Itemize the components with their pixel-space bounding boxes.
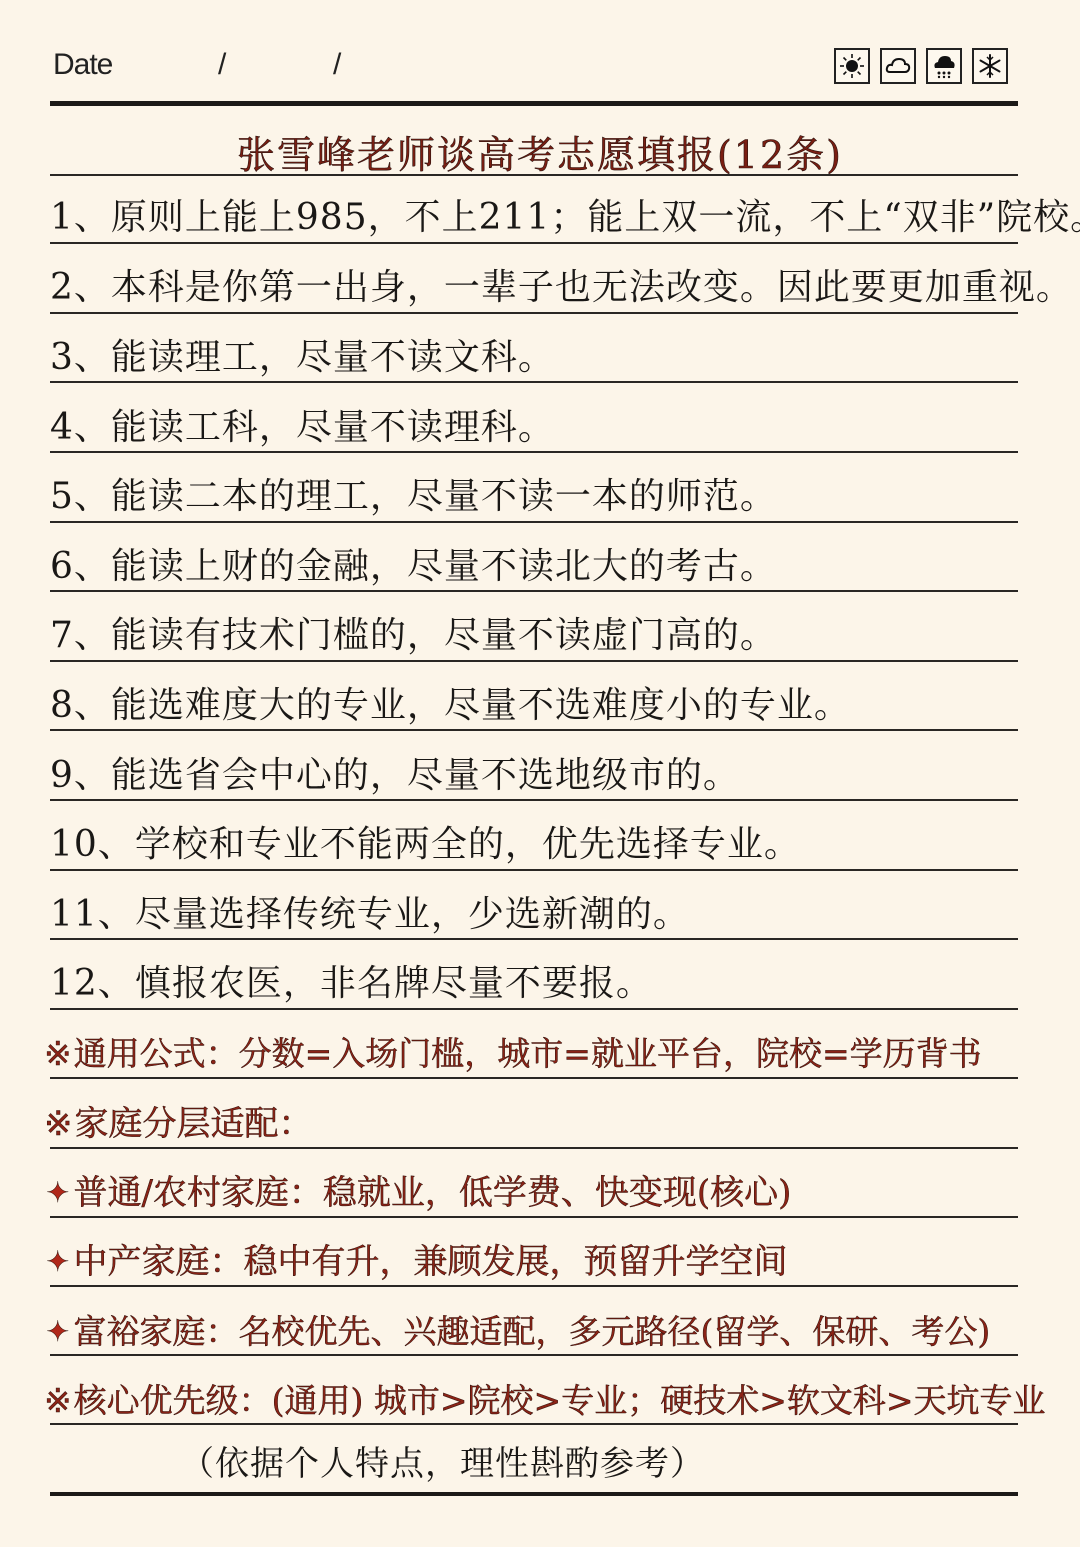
footnote: （依据个人特点，理性斟酌参考） [180, 1442, 705, 1486]
rule-item-7: 7、能读有技术门槛的，尽量不读虚门高的。 [50, 614, 1040, 658]
rain-icon[interactable] [926, 48, 962, 84]
rule-number: 10、 [50, 824, 135, 865]
star-bullet-icon: ✦ [46, 1310, 69, 1354]
rule-item-11: 11、尽量选择传统专业，少选新潮的。 [50, 893, 1040, 937]
rule-number: 7、 [50, 615, 111, 656]
ruled-line [50, 938, 1018, 940]
rule-text: 慎报农医，非名牌尽量不要报。 [135, 963, 653, 1004]
weather-icons [834, 48, 1008, 84]
rule-item-5: 5、能读二本的理工，尽量不读一本的师范。 [50, 475, 1040, 519]
reference-mark-icon: ※ [44, 1032, 72, 1076]
family-type-text: 中产家庭：稳中有升，兼顾发展，预留升学空间 [73, 1242, 787, 1282]
date-label: Date [53, 48, 112, 82]
rule-item-3: 3、能读理工，尽量不读文科。 [50, 336, 1040, 380]
ruled-line [50, 660, 1018, 662]
rule-text: 能读有技术门槛的，尽量不读虚门高的。 [111, 615, 777, 656]
rule-text: 能读工科，尽量不读理科。 [111, 407, 555, 448]
ruled-line [50, 1423, 1018, 1425]
family-type-text: 普通/农村家庭：稳就业，低学费、快变现(核心) [73, 1173, 791, 1213]
rule-number: 1、 [50, 197, 111, 238]
ruled-line [50, 1147, 1018, 1149]
rule-number: 4、 [50, 407, 111, 448]
title-rule [50, 174, 1018, 176]
rule-item-8: 8、能选难度大的专业，尽量不选难度小的专业。 [50, 684, 1040, 728]
rule-text: 学校和专业不能两全的，优先选择专业。 [135, 824, 801, 865]
ruled-line [50, 451, 1018, 453]
ruled-line [50, 590, 1018, 592]
rule-number: 11、 [50, 894, 135, 935]
family-type-text: 富裕家庭：名校优先、兴趣适配，多元路径(留学、保研、考公) [73, 1312, 990, 1351]
rule-text: 能读二本的理工，尽量不读一本的师范。 [111, 476, 777, 517]
rule-number: 8、 [50, 685, 111, 726]
rule-item-12: 12、慎报农医，非名牌尽量不要报。 [50, 962, 1040, 1006]
ruled-line [50, 1354, 1018, 1356]
bottom-rule [50, 1492, 1018, 1496]
family-heading: ※家庭分层适配： [44, 1102, 1034, 1146]
cloud-icon[interactable] [880, 48, 916, 84]
rule-text: 能读理工，尽量不读文科。 [111, 337, 555, 378]
rule-number: 6、 [50, 546, 111, 587]
page-title: 张雪峰老师谈高考志愿填报(12条) [0, 124, 1080, 179]
rule-text: 能选省会中心的，尽量不选地级市的。 [111, 755, 740, 796]
star-bullet-icon: ✦ [46, 1240, 69, 1284]
formula-text: 通用公式：分数=入场门槛，城市=就业平台，院校=学历背书 [74, 1034, 982, 1073]
ruled-line [50, 869, 1018, 871]
ruled-line [50, 799, 1018, 801]
rule-text: 能选难度大的专业，尽量不选难度小的专业。 [111, 685, 851, 726]
rule-text: 本科是你第一出身，一辈子也无法改变。因此要更加重视。 [111, 267, 1073, 308]
family-heading-text: 家庭分层适配： [75, 1104, 313, 1144]
rule-number: 2、 [50, 267, 111, 308]
rule-item-1: 1、原则上能上985，不上211；能上双一流，不上“双非”院校。 [50, 196, 1040, 240]
star-bullet-icon: ✦ [46, 1171, 69, 1215]
family-type-middle: ✦中产家庭：稳中有升，兼顾发展，预留升学空间 [46, 1240, 1036, 1284]
sun-icon[interactable] [834, 48, 870, 84]
rule-text: 原则上能上985，不上211；能上双一流，不上“双非”院校。 [111, 197, 1080, 238]
rule-number: 3、 [50, 337, 111, 378]
ruled-line [50, 242, 1018, 244]
rule-item-9: 9、能选省会中心的，尽量不选地级市的。 [50, 754, 1040, 798]
rule-text: 能读上财的金融，尽量不读北大的考古。 [111, 546, 777, 587]
ruled-line [50, 1008, 1018, 1010]
reference-mark-icon: ※ [44, 1102, 73, 1146]
rule-number: 5、 [50, 476, 111, 517]
rule-number: 12、 [50, 963, 135, 1004]
ruled-line [50, 521, 1018, 523]
header-divider [50, 101, 1018, 106]
rule-text: 尽量选择传统专业，少选新潮的。 [135, 894, 690, 935]
formula-note: ※通用公式：分数=入场门槛，城市=就业平台，院校=学历背书 [44, 1032, 1034, 1076]
priority-note: ※核心优先级：(通用) 城市>院校>专业；硬技术>软文科>天坑专业 [44, 1379, 1034, 1423]
rule-item-2: 2、本科是你第一出身，一辈子也无法改变。因此要更加重视。 [50, 266, 1040, 310]
date-slash-2: / [333, 48, 341, 82]
rule-number: 9、 [50, 755, 111, 796]
ruled-line [50, 1285, 1018, 1287]
reference-mark-icon: ※ [44, 1379, 72, 1423]
ruled-line [50, 1216, 1018, 1218]
rule-item-4: 4、能读工科，尽量不读理科。 [50, 406, 1040, 450]
date-slash-1: / [218, 48, 226, 82]
ruled-line [50, 381, 1018, 383]
rule-item-6: 6、能读上财的金融，尽量不读北大的考古。 [50, 545, 1040, 589]
ruled-line [50, 1077, 1018, 1079]
snow-icon[interactable] [972, 48, 1008, 84]
rule-item-10: 10、学校和专业不能两全的，优先选择专业。 [50, 823, 1040, 867]
priority-text: 核心优先级：(通用) 城市>院校>专业；硬技术>软文科>天坑专业 [74, 1381, 1046, 1420]
notebook-page: Date / / [0, 0, 1080, 1547]
family-type-ordinary: ✦普通/农村家庭：稳就业，低学费、快变现(核心) [46, 1171, 1036, 1215]
ruled-line [50, 729, 1018, 731]
family-type-wealthy: ✦富裕家庭：名校优先、兴趣适配，多元路径(留学、保研、考公) [46, 1310, 1036, 1354]
ruled-line [50, 312, 1018, 314]
